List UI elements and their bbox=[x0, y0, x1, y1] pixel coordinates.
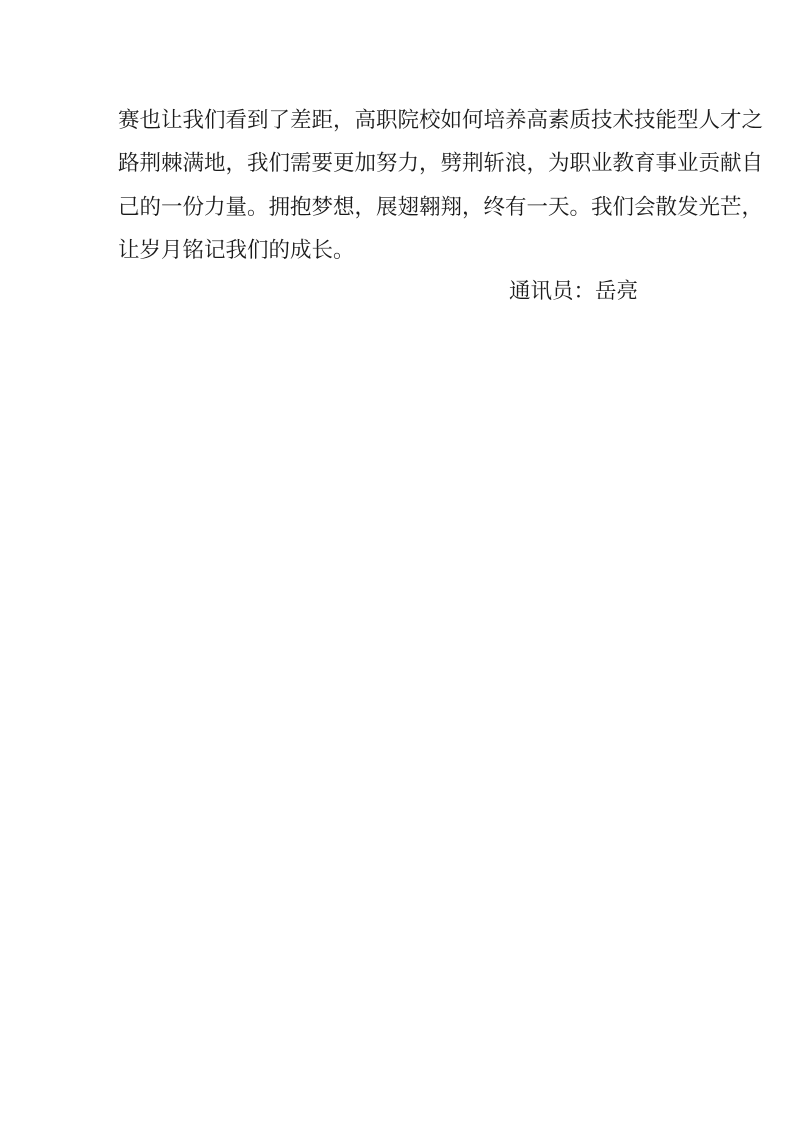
correspondent-byline: 通讯员：岳亮 bbox=[118, 273, 685, 310]
closing-paragraph: 赛也让我们看到了差距，高职院校如何培养高素质技术技能型人才之 路荆棘满地，我们需… bbox=[118, 99, 685, 273]
paragraph-line-4: 让岁月铭记我们的成长。 bbox=[118, 229, 685, 272]
paragraph-line-2: 路荆棘满地，我们需要更加努力，劈荆斩浪，为职业教育事业贡献自 bbox=[118, 142, 685, 185]
document-page: 赛也让我们看到了差距，高职院校如何培养高素质技术技能型人才之 路荆棘满地，我们需… bbox=[0, 0, 793, 1122]
page-body-text: 赛也让我们看到了差距，高职院校如何培养高素质技术技能型人才之 路荆棘满地，我们需… bbox=[118, 99, 685, 310]
paragraph-line-1: 赛也让我们看到了差距，高职院校如何培养高素质技术技能型人才之 bbox=[118, 99, 685, 142]
paragraph-line-3: 己的一份力量。拥抱梦想，展翅翱翔，终有一天。我们会散发光芒， bbox=[118, 186, 685, 229]
